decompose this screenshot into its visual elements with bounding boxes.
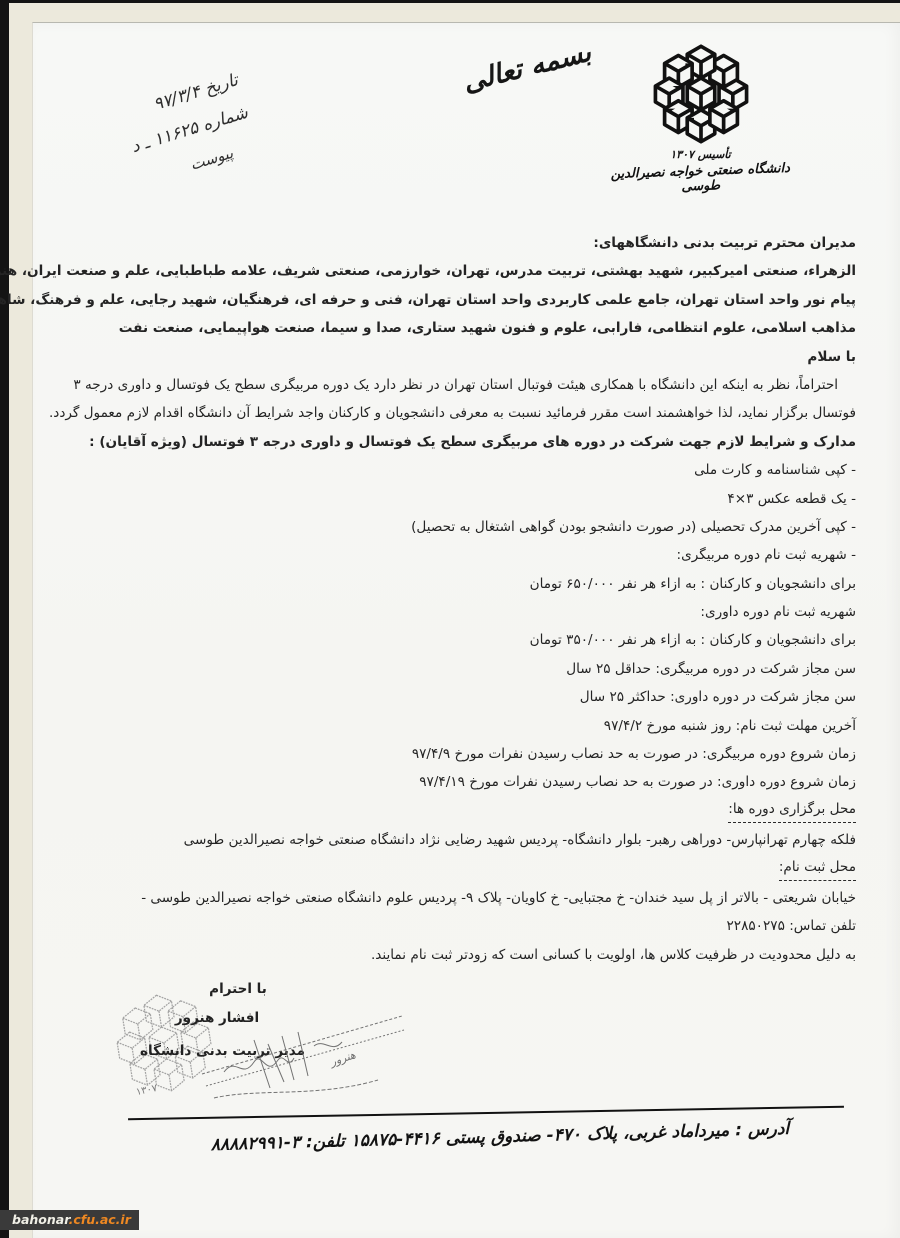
- signature-closing: با احترام: [188, 981, 288, 997]
- coaching-fee-heading: - شهریه ثبت نام دوره مربیگری:: [62, 541, 856, 569]
- intro-paragraph-line-1: احتراماً، نظر به اینکه این دانشگاه با هم…: [62, 371, 856, 399]
- requirement-photo: - یک قطعه عکس ۳×۴: [62, 485, 856, 513]
- university-name: دانشگاه صنعتی خواجه نصیرالدین طوسی: [598, 160, 804, 197]
- coaching-fee-amount: برای دانشجویان و کارکنان : به ازاء هر نف…: [62, 570, 856, 598]
- registration-place-heading: محل ثبت نام:: [779, 855, 856, 881]
- refereeing-fee-heading: شهریه ثبت نام دوره داوری:: [62, 598, 856, 626]
- requirement-degree-copy: - کپی آخرین مدرک تحصیلی (در صورت دانشجو …: [62, 513, 856, 541]
- university-list-line-3: مذاهب اسلامی، علوم انتظامی، فارابی، علوم…: [62, 314, 856, 342]
- scan-edge-left: [0, 0, 9, 1238]
- greeting: با سلام: [62, 343, 856, 371]
- signature-scribble-icon: [196, 1002, 411, 1110]
- refereeing-age-limit: سن مجاز شرکت در دوره داوری: حداکثر ۲۵ سا…: [62, 683, 856, 711]
- coaching-start-date: زمان شروع دوره مربیگری: در صورت به حد نص…: [62, 740, 856, 768]
- watermark-suffix: .cfu.ac.ir: [69, 1212, 131, 1227]
- university-list-line-2: پیام نور واحد استان تهران، جامع علمی کار…: [62, 286, 856, 314]
- letterhead-logo-block: تأسیس ۱۳۰۷ دانشگاه صنعتی خواجه نصیرالدین…: [598, 42, 803, 194]
- recipients-heading: مدیران محترم تربیت بدنی دانشگاههای:: [62, 229, 856, 257]
- letter-body: مدیران محترم تربیت بدنی دانشگاههای: الزه…: [62, 229, 856, 969]
- established-year: تأسیس ۱۳۰۷: [598, 148, 803, 161]
- scanned-letter: بسمه تعالی تأسیس ۱۳۰۷ دانشگاه صنعتی خواج…: [0, 0, 900, 1238]
- registration-address: خیابان شریعتی - بالاتر از پل سید خندان- …: [62, 884, 856, 912]
- coaching-age-limit: سن مجاز شرکت در دوره مربیگری: حداقل ۲۵ س…: [62, 655, 856, 683]
- site-watermark: bahonar.cfu.ac.ir: [0, 1210, 139, 1230]
- venue-address: فلکه چهارم تهرانپارس- دوراهی رهبر- بلوار…: [62, 826, 856, 854]
- contact-phone: تلفن تماس: ۲۲۸۵۰۲۷۵: [62, 912, 856, 940]
- requirements-heading: مدارک و شرایط لازم جهت شرکت در دوره های …: [62, 428, 856, 456]
- requirement-id-copy: - کپی شناسنامه و کارت ملی: [62, 456, 856, 484]
- intro-paragraph-line-2: فوتسال برگزار نماید، لذا خواهشمند است مق…: [62, 399, 856, 427]
- priority-note: به دلیل محدودیت در ظرفیت کلاس ها، اولویت…: [62, 941, 856, 969]
- refereeing-fee-amount: برای دانشجویان و کارکنان : به ازاء هر نف…: [62, 626, 856, 654]
- venue-heading: محل برگزاری دوره ها:: [728, 797, 856, 823]
- refereeing-start-date: زمان شروع دوره داوری: در صورت به حد نصاب…: [62, 768, 856, 796]
- kntu-logo-icon: [632, 42, 770, 146]
- scan-edge-top: [0, 0, 900, 3]
- registration-deadline: آخرین مهلت ثبت نام: روز شنبه مورخ ۹۷/۴/۲: [62, 712, 856, 740]
- watermark-prefix: bahonar: [12, 1212, 69, 1227]
- university-list-line-1: الزهراء، صنعتی امیرکبیر، شهید بهشتی، ترب…: [62, 257, 856, 285]
